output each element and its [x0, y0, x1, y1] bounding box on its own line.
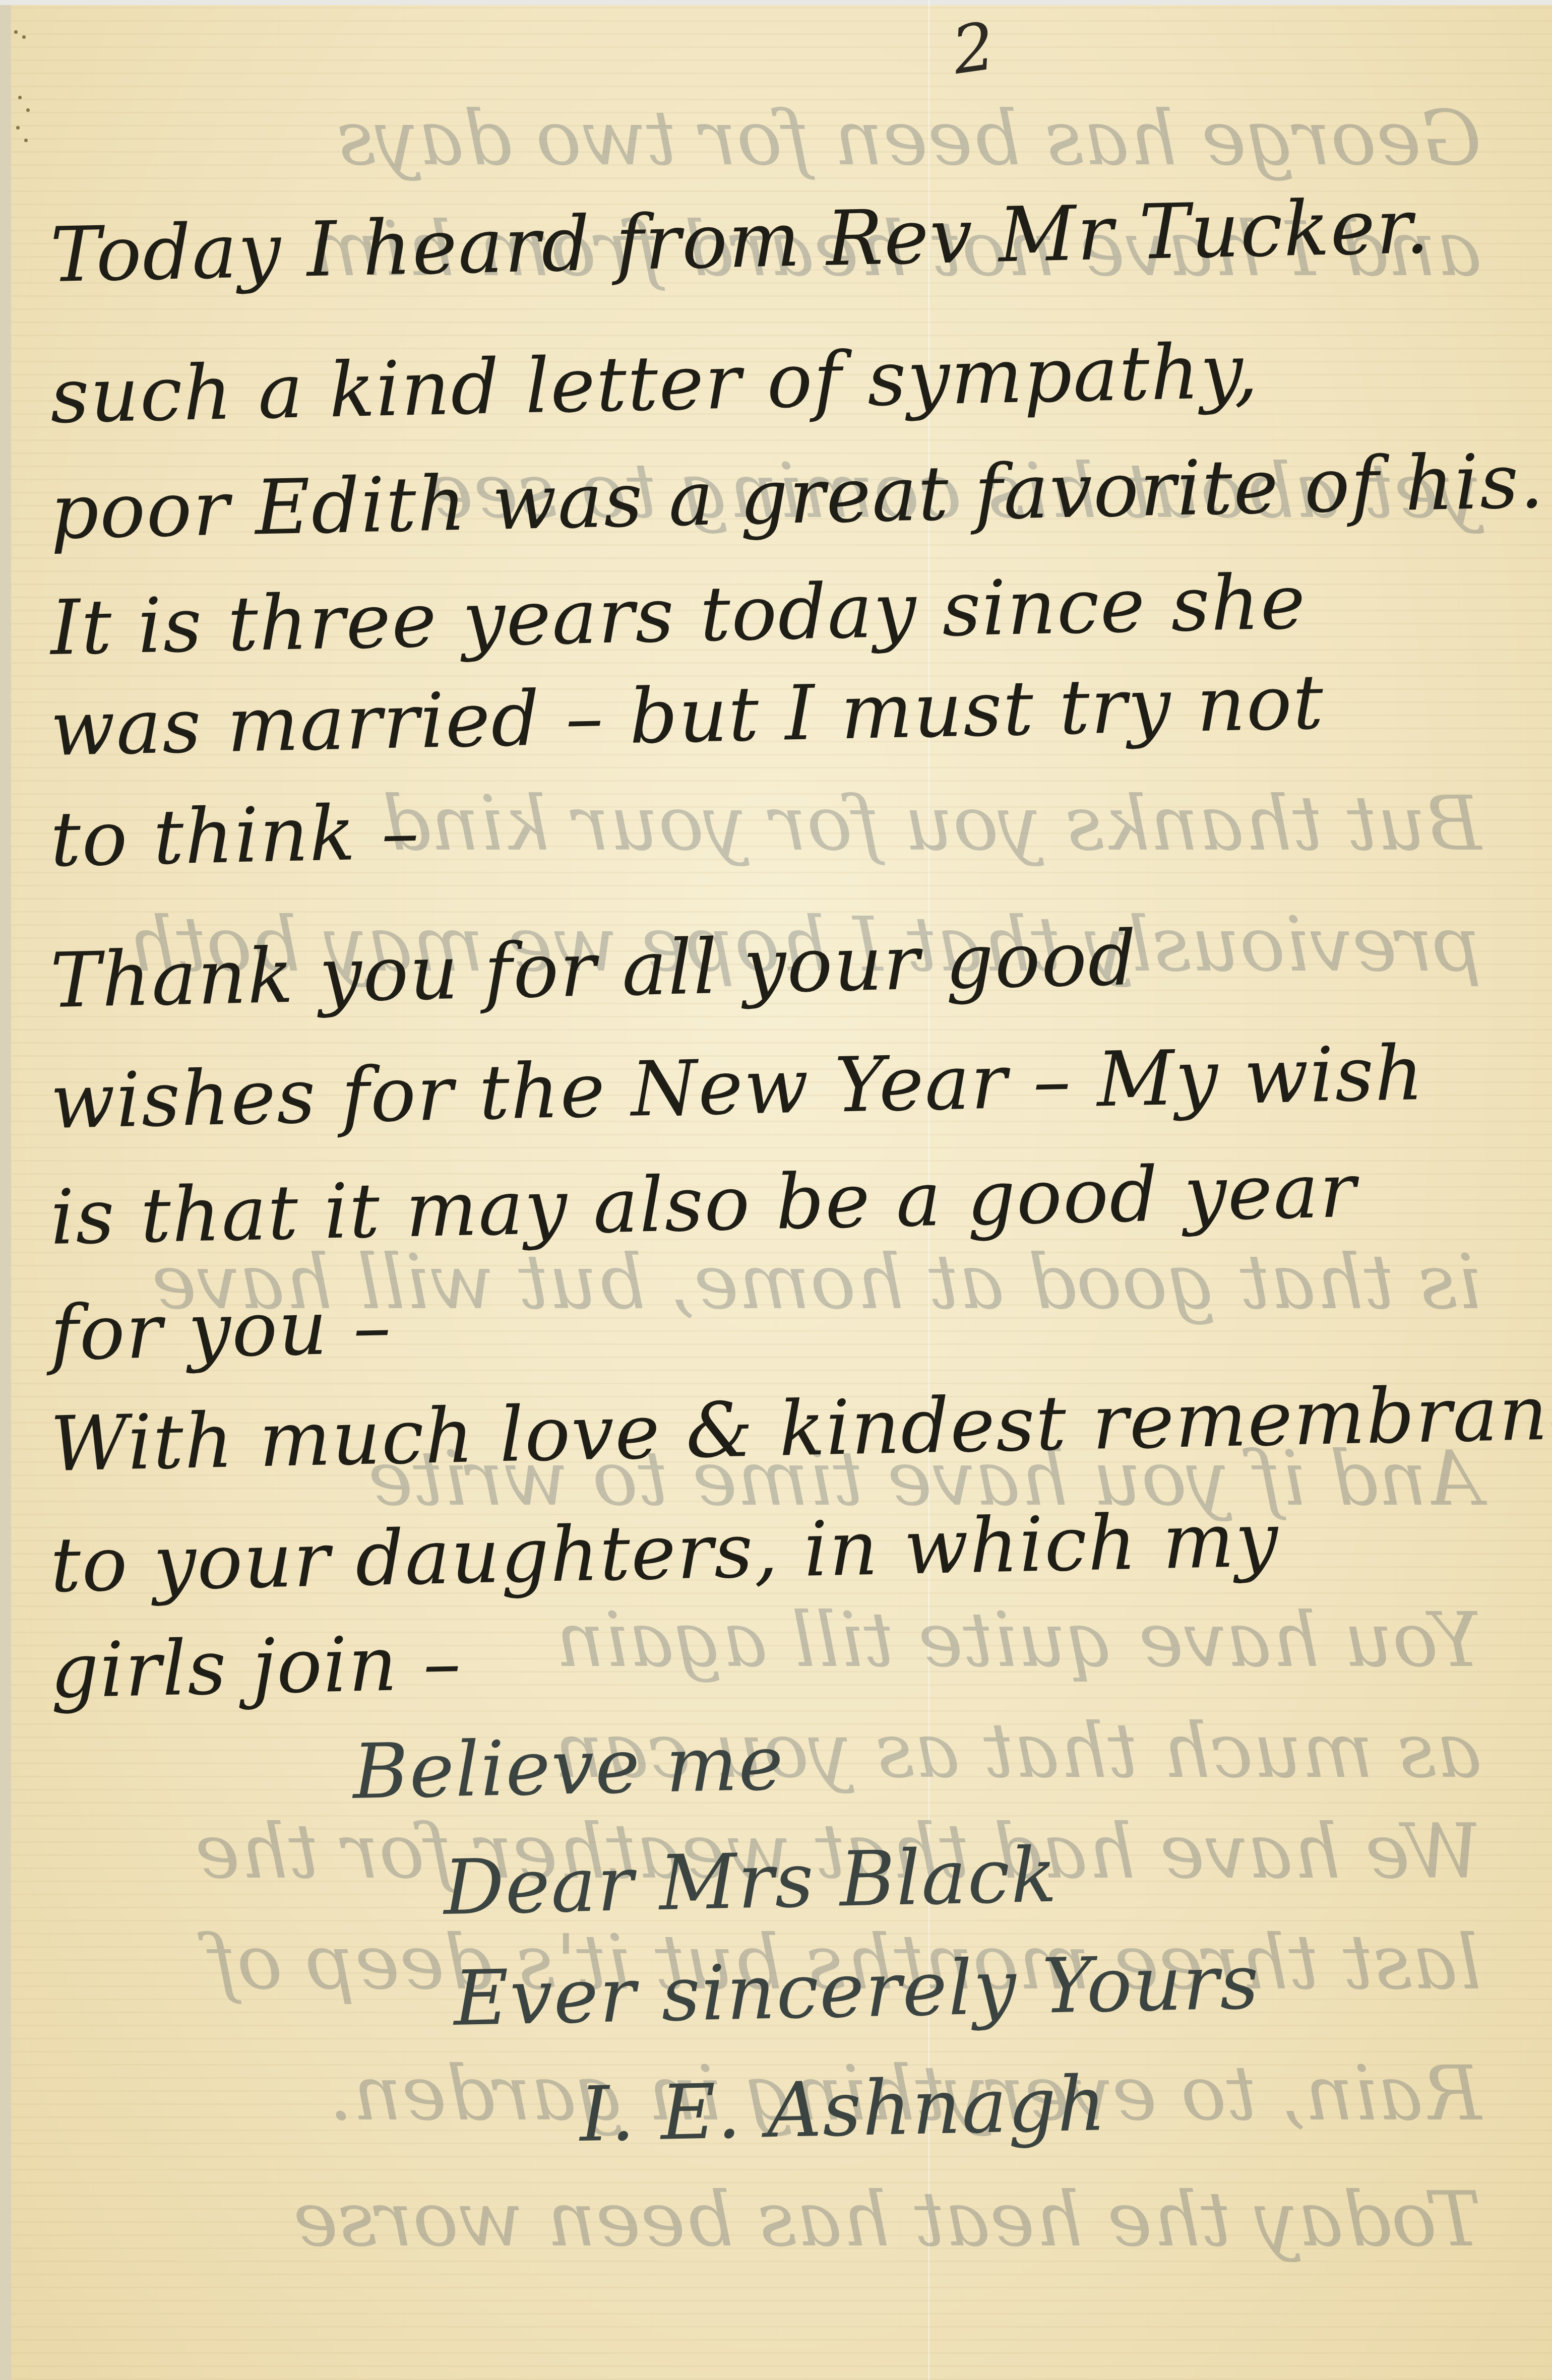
letter-line: for you – — [49, 1283, 393, 1378]
closing-salutation: Dear Mrs Black — [443, 1832, 1059, 1932]
letter-line: With much love & kindest remembrance — [49, 1368, 1552, 1489]
letter-page: George has been for two days and I have … — [0, 0, 1552, 2380]
letter-line: to your daughters, in which my — [49, 1496, 1280, 1610]
signature: I. E. Ashnagh — [579, 2060, 1107, 2159]
closing-believe-me: Believe me — [352, 1719, 785, 1816]
letter-line: to think – — [49, 789, 421, 884]
letter-body: Today I heard from Rev Mr Tucker. such a… — [0, 0, 1552, 2380]
letter-line: is that it may also be a good year — [49, 1147, 1357, 1262]
letter-line: poor Edith was a great favorite of his. — [49, 437, 1545, 556]
letter-line: Today I heard from Rev Mr Tucker. — [49, 183, 1431, 299]
letter-line: wishes for the New Year – My wish — [49, 1030, 1425, 1146]
closing-valediction: Ever sincerely Yours — [453, 1939, 1260, 2043]
letter-line: It is three years today since she — [49, 558, 1307, 672]
letter-line: such a kind letter of sympathy, — [49, 328, 1260, 440]
letter-line: girls join – — [49, 1619, 463, 1715]
letter-line: Thank you for all your good — [49, 915, 1138, 1025]
letter-line: was married – but I must try not — [49, 659, 1325, 773]
